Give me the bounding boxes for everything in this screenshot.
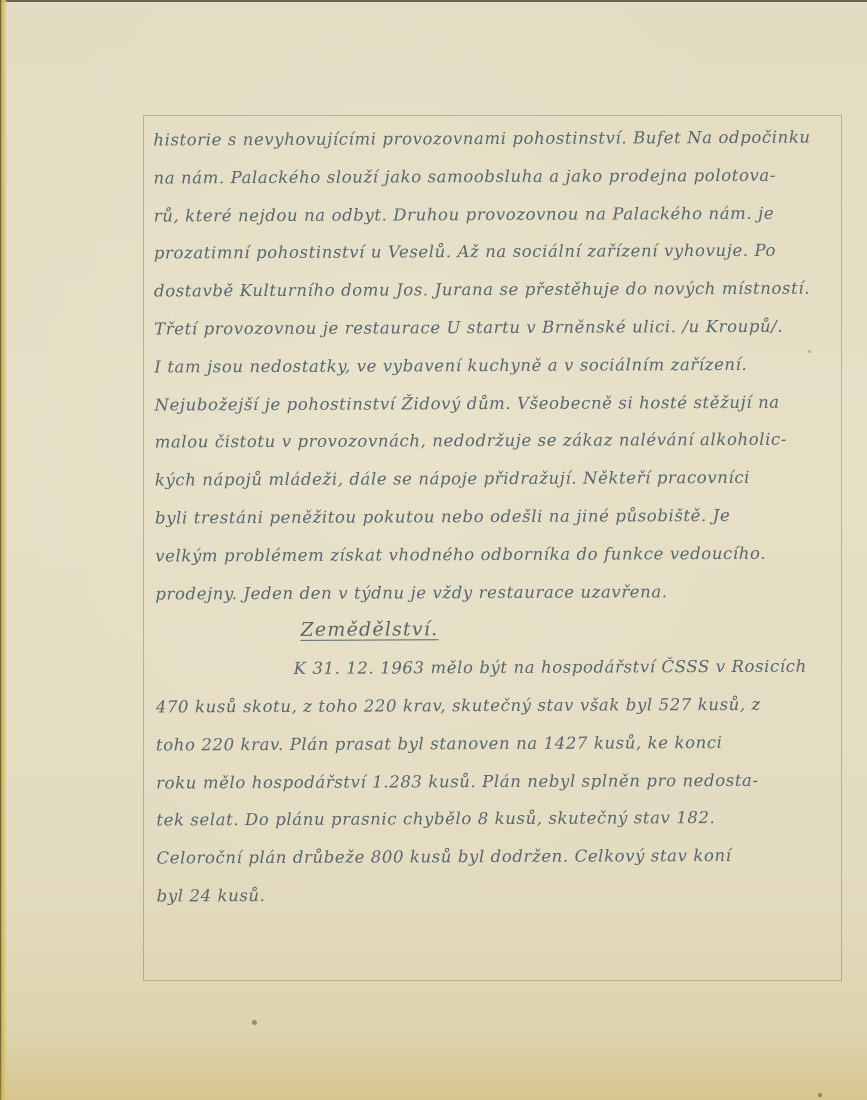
handwritten-text-block: historie s nevyhovujícími provozovnami p… xyxy=(153,119,838,916)
page-top-edge xyxy=(0,0,867,2)
handwritten-line: prodejny. Jeden den v týdnu je vždy rest… xyxy=(155,572,837,613)
handwritten-line: byli trestáni peněžitou pokutou nebo ode… xyxy=(155,496,837,537)
paper-speck xyxy=(808,350,811,353)
handwritten-line: K 31. 12. 1963 mělo být na hospodářství … xyxy=(156,648,838,689)
handwritten-line: Nejubožejší je pohostinství Židový dům. … xyxy=(154,383,836,424)
handwritten-line: prozatimní pohostinství u Veselů. Až na … xyxy=(154,232,836,273)
page-left-edge xyxy=(0,0,7,1100)
handwritten-line: I tam jsou nedostatky, ve vybavení kuchy… xyxy=(154,345,836,386)
handwritten-line: byl 24 kusů. xyxy=(157,874,839,915)
chronicle-page: historie s nevyhovujícími provozovnami p… xyxy=(0,0,867,1100)
handwritten-line: na nám. Palackého slouží jako samoobsluh… xyxy=(153,156,835,197)
handwritten-line: Třetí provozovnou je restaurace U startu… xyxy=(154,307,836,348)
handwritten-line: 470 kusů skotu, z toho 220 krav, skutečn… xyxy=(156,685,838,726)
paper-speck xyxy=(818,1093,822,1097)
handwritten-line: roku mělo hospodářství 1.283 kusů. Plán … xyxy=(156,761,838,802)
handwritten-line: rů, které nejdou na odbyt. Druhou provoz… xyxy=(154,194,836,235)
handwritten-line: velkým problémem získat vhodného odborní… xyxy=(155,534,837,575)
handwritten-line: dostavbě Kulturního domu Jos. Jurana se … xyxy=(154,270,836,311)
section-heading-zemedelstvi: Zemědělství. xyxy=(300,610,837,650)
handwritten-line: tek selat. Do plánu prasnic chybělo 8 ku… xyxy=(156,799,838,840)
handwritten-line: Celoroční plán drůbeže 800 kusů byl dodr… xyxy=(156,837,838,878)
paper-speck xyxy=(252,1020,257,1025)
handwritten-line: kých nápojů mládeži, dále se nápoje přid… xyxy=(155,459,837,500)
handwritten-line: historie s nevyhovujícími provozovnami p… xyxy=(153,119,835,160)
handwritten-line: toho 220 krav. Plán prasat byl stanoven … xyxy=(156,723,838,764)
handwritten-line: malou čistotu v provozovnách, nedodržuje… xyxy=(155,421,837,462)
page-bottom-edge xyxy=(0,1030,867,1100)
